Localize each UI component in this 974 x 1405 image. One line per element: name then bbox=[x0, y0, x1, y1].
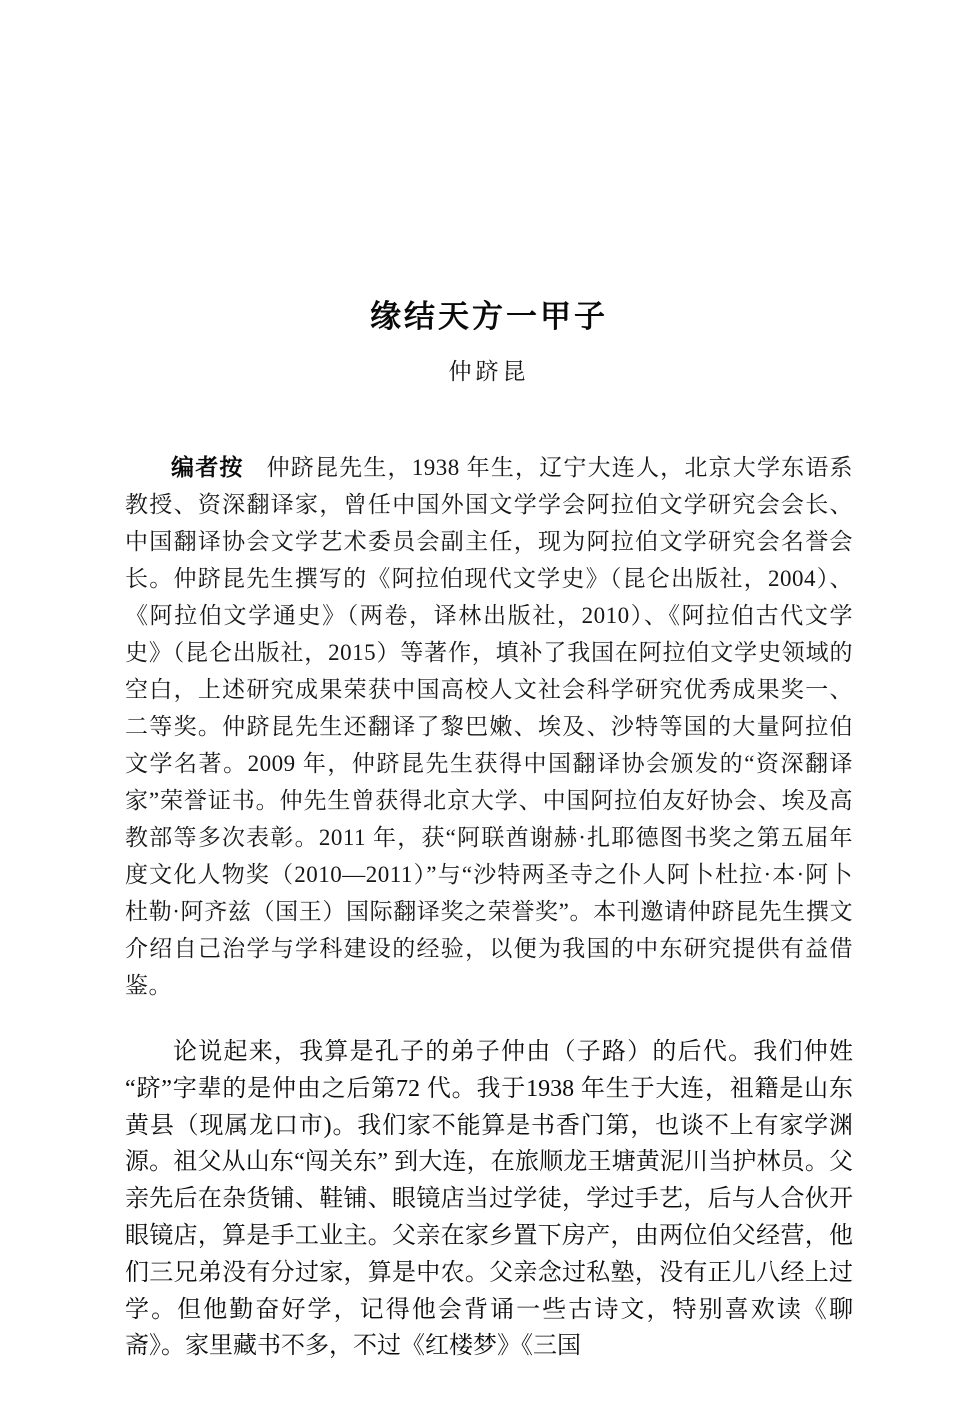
article-title: 缘结天方一甲子 bbox=[125, 301, 853, 332]
article-author: 仲跻昆 bbox=[125, 360, 853, 383]
article-page: 缘结天方一甲子 仲跻昆 编者按仲跻昆先生，1938 年生，辽宁大连人，北京大学东… bbox=[0, 0, 974, 1405]
editor-note-label: 编者按 bbox=[171, 454, 244, 480]
editor-note-paragraph: 编者按仲跻昆先生，1938 年生，辽宁大连人，北京大学东语系教授、资深翻译家，曾… bbox=[125, 449, 853, 1004]
editor-note-text: 仲跻昆先生，1938 年生，辽宁大连人，北京大学东语系教授、资深翻译家，曾任中国… bbox=[125, 455, 853, 998]
body-paragraph: 论说起来，我算是孔子的弟子仲由（子路）的后代。我们仲姓“跻”字辈的是仲由之后第7… bbox=[125, 1034, 853, 1365]
